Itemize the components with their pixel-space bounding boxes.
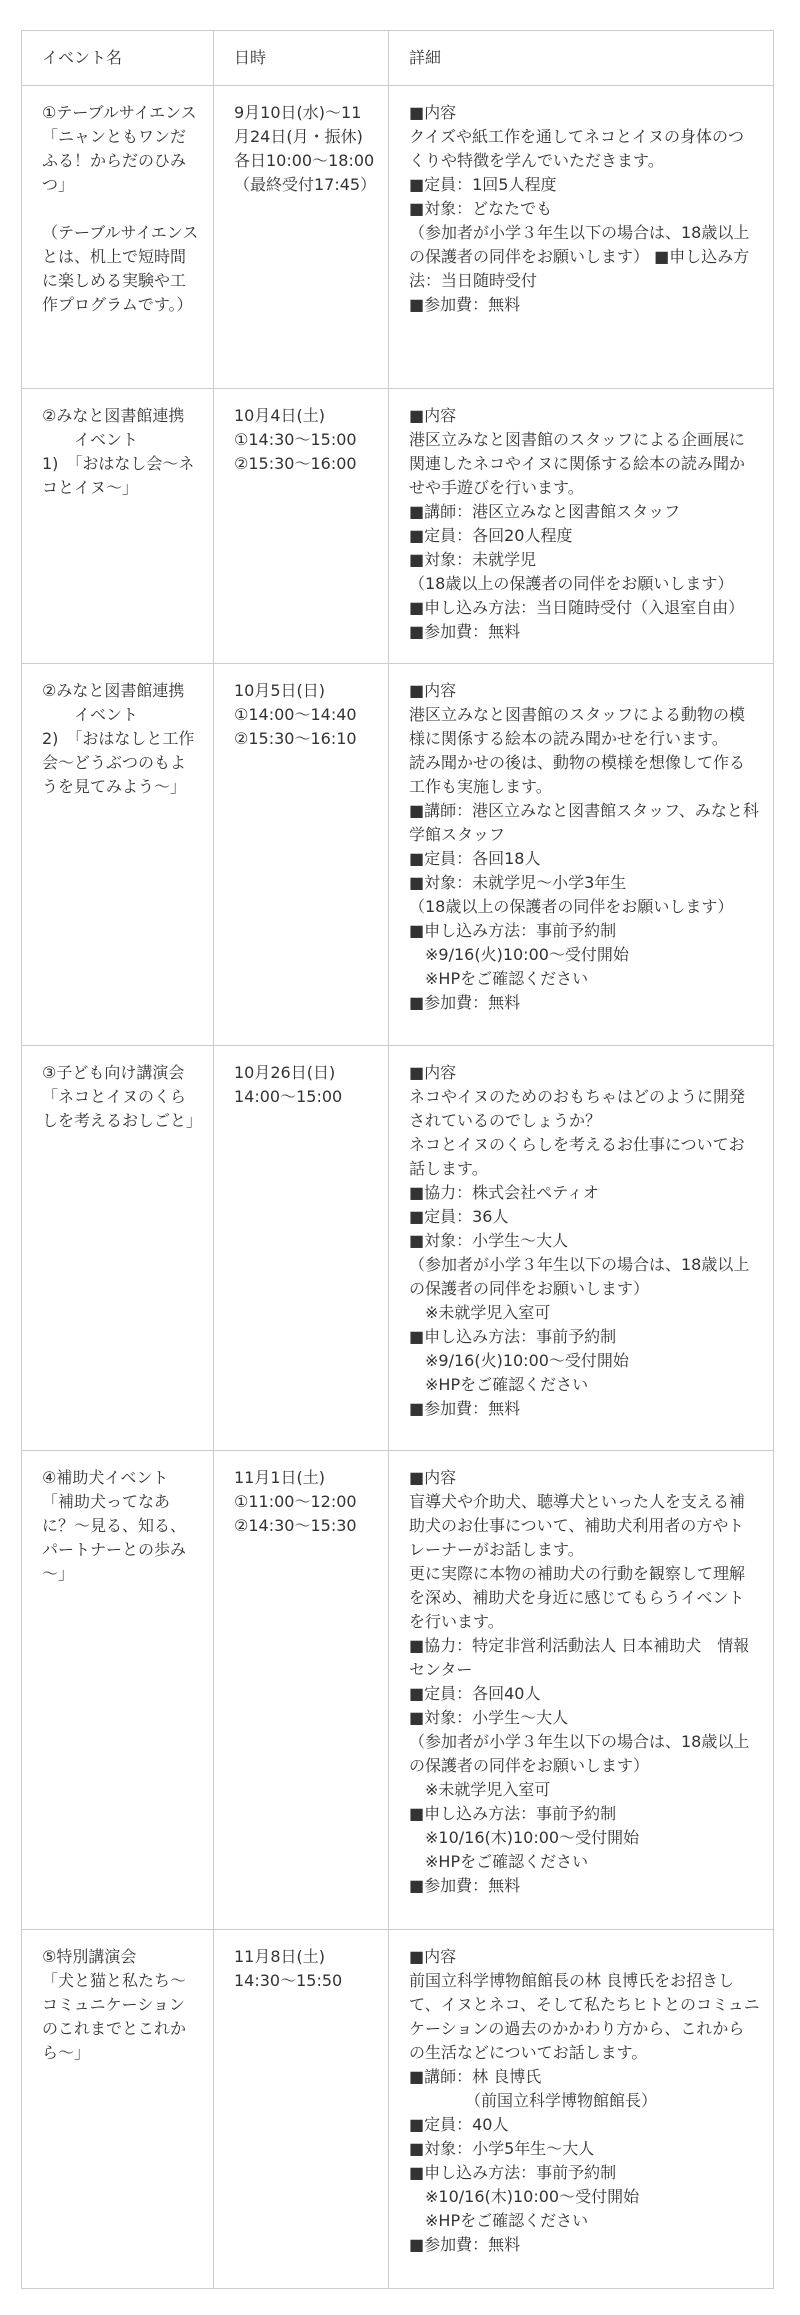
events-page: イベント名 日時 詳細 ①テーブルサイエンス 「ニャンともワンだふる！からだのひ… [0,0,800,2315]
events-table: イベント名 日時 詳細 ①テーブルサイエンス 「ニャンともワンだふる！からだのひ… [21,30,774,2289]
event-row-5: ④補助犬イベント 「補助犬ってなあに？～見る、知る、パートナーとの歩み～」 11… [22,1451,774,1930]
header-row: イベント名 日時 詳細 [22,31,774,86]
event-row-3: ②みなと図書館連携 イベント 2) 「おはなしと工作会～どうぶつのもようを見てみ… [22,664,774,1046]
event-datetime-cell: 11月8日(土) 14:30～15:50 [214,1930,389,2289]
event-datetime-cell: 10月26日(日) 14:00～15:00 [214,1046,389,1451]
header-details: 詳細 [389,31,774,86]
header-datetime: 日時 [214,31,389,86]
event-datetime-cell: 10月5日(日) ①14:00～14:40 ②15:30～16:10 [214,664,389,1046]
event-details-cell: ■内容 港区立みなと図書館のスタッフによる企画展に関連したネコやイヌに関係する絵… [389,389,774,664]
event-row-2: ②みなと図書館連携 イベント 1) 「おはなし会～ネコとイヌ～」 10月4日(土… [22,389,774,664]
event-name-cell: ①テーブルサイエンス 「ニャンともワンだふる！からだのひみつ」 （テーブルサイエ… [22,86,214,389]
event-name-cell: ③子ども向け講演会 「ネコとイヌのくらしを考えるおしごと」 [22,1046,214,1451]
event-row-6: ⑤特別講演会 「犬と猫と私たち～コミュニケーションのこれまでとこれから～」 11… [22,1930,774,2289]
event-name-cell: ④補助犬イベント 「補助犬ってなあに？～見る、知る、パートナーとの歩み～」 [22,1451,214,1930]
header-event-name: イベント名 [22,31,214,86]
event-details-cell: ■内容 前国立科学博物館館長の林 良博氏をお招きして、イヌとネコ、そして私たちヒ… [389,1930,774,2289]
event-datetime-cell: 10月4日(土) ①14:30～15:00 ②15:30～16:00 [214,389,389,664]
event-details-cell: ■内容 クイズや紙工作を通してネコとイヌの身体のつくりや特徴を学んでいただきます… [389,86,774,389]
event-row-4: ③子ども向け講演会 「ネコとイヌのくらしを考えるおしごと」 10月26日(日) … [22,1046,774,1451]
event-row-1: ①テーブルサイエンス 「ニャンともワンだふる！からだのひみつ」 （テーブルサイエ… [22,86,774,389]
event-datetime-cell: 11月1日(土) ①11:00～12:00 ②14:30～15:30 [214,1451,389,1930]
event-name-cell: ⑤特別講演会 「犬と猫と私たち～コミュニケーションのこれまでとこれから～」 [22,1930,214,2289]
event-name-cell: ②みなと図書館連携 イベント 2) 「おはなしと工作会～どうぶつのもようを見てみ… [22,664,214,1046]
event-details-cell: ■内容 港区立みなと図書館のスタッフによる動物の模様に関係する絵本の読み聞かせを… [389,664,774,1046]
event-details-cell: ■内容 盲導犬や介助犬、聴導犬といった人を支える補助犬のお仕事について、補助犬利… [389,1451,774,1930]
event-datetime-cell: 9月10日(水)～11月24日(月・振休) 各日10:00～18:00 （最終受… [214,86,389,389]
event-details-cell: ■内容 ネコやイヌのためのおもちゃはどのように開発されているのでしょうか？ ネコ… [389,1046,774,1451]
event-name-cell: ②みなと図書館連携 イベント 1) 「おはなし会～ネコとイヌ～」 [22,389,214,664]
